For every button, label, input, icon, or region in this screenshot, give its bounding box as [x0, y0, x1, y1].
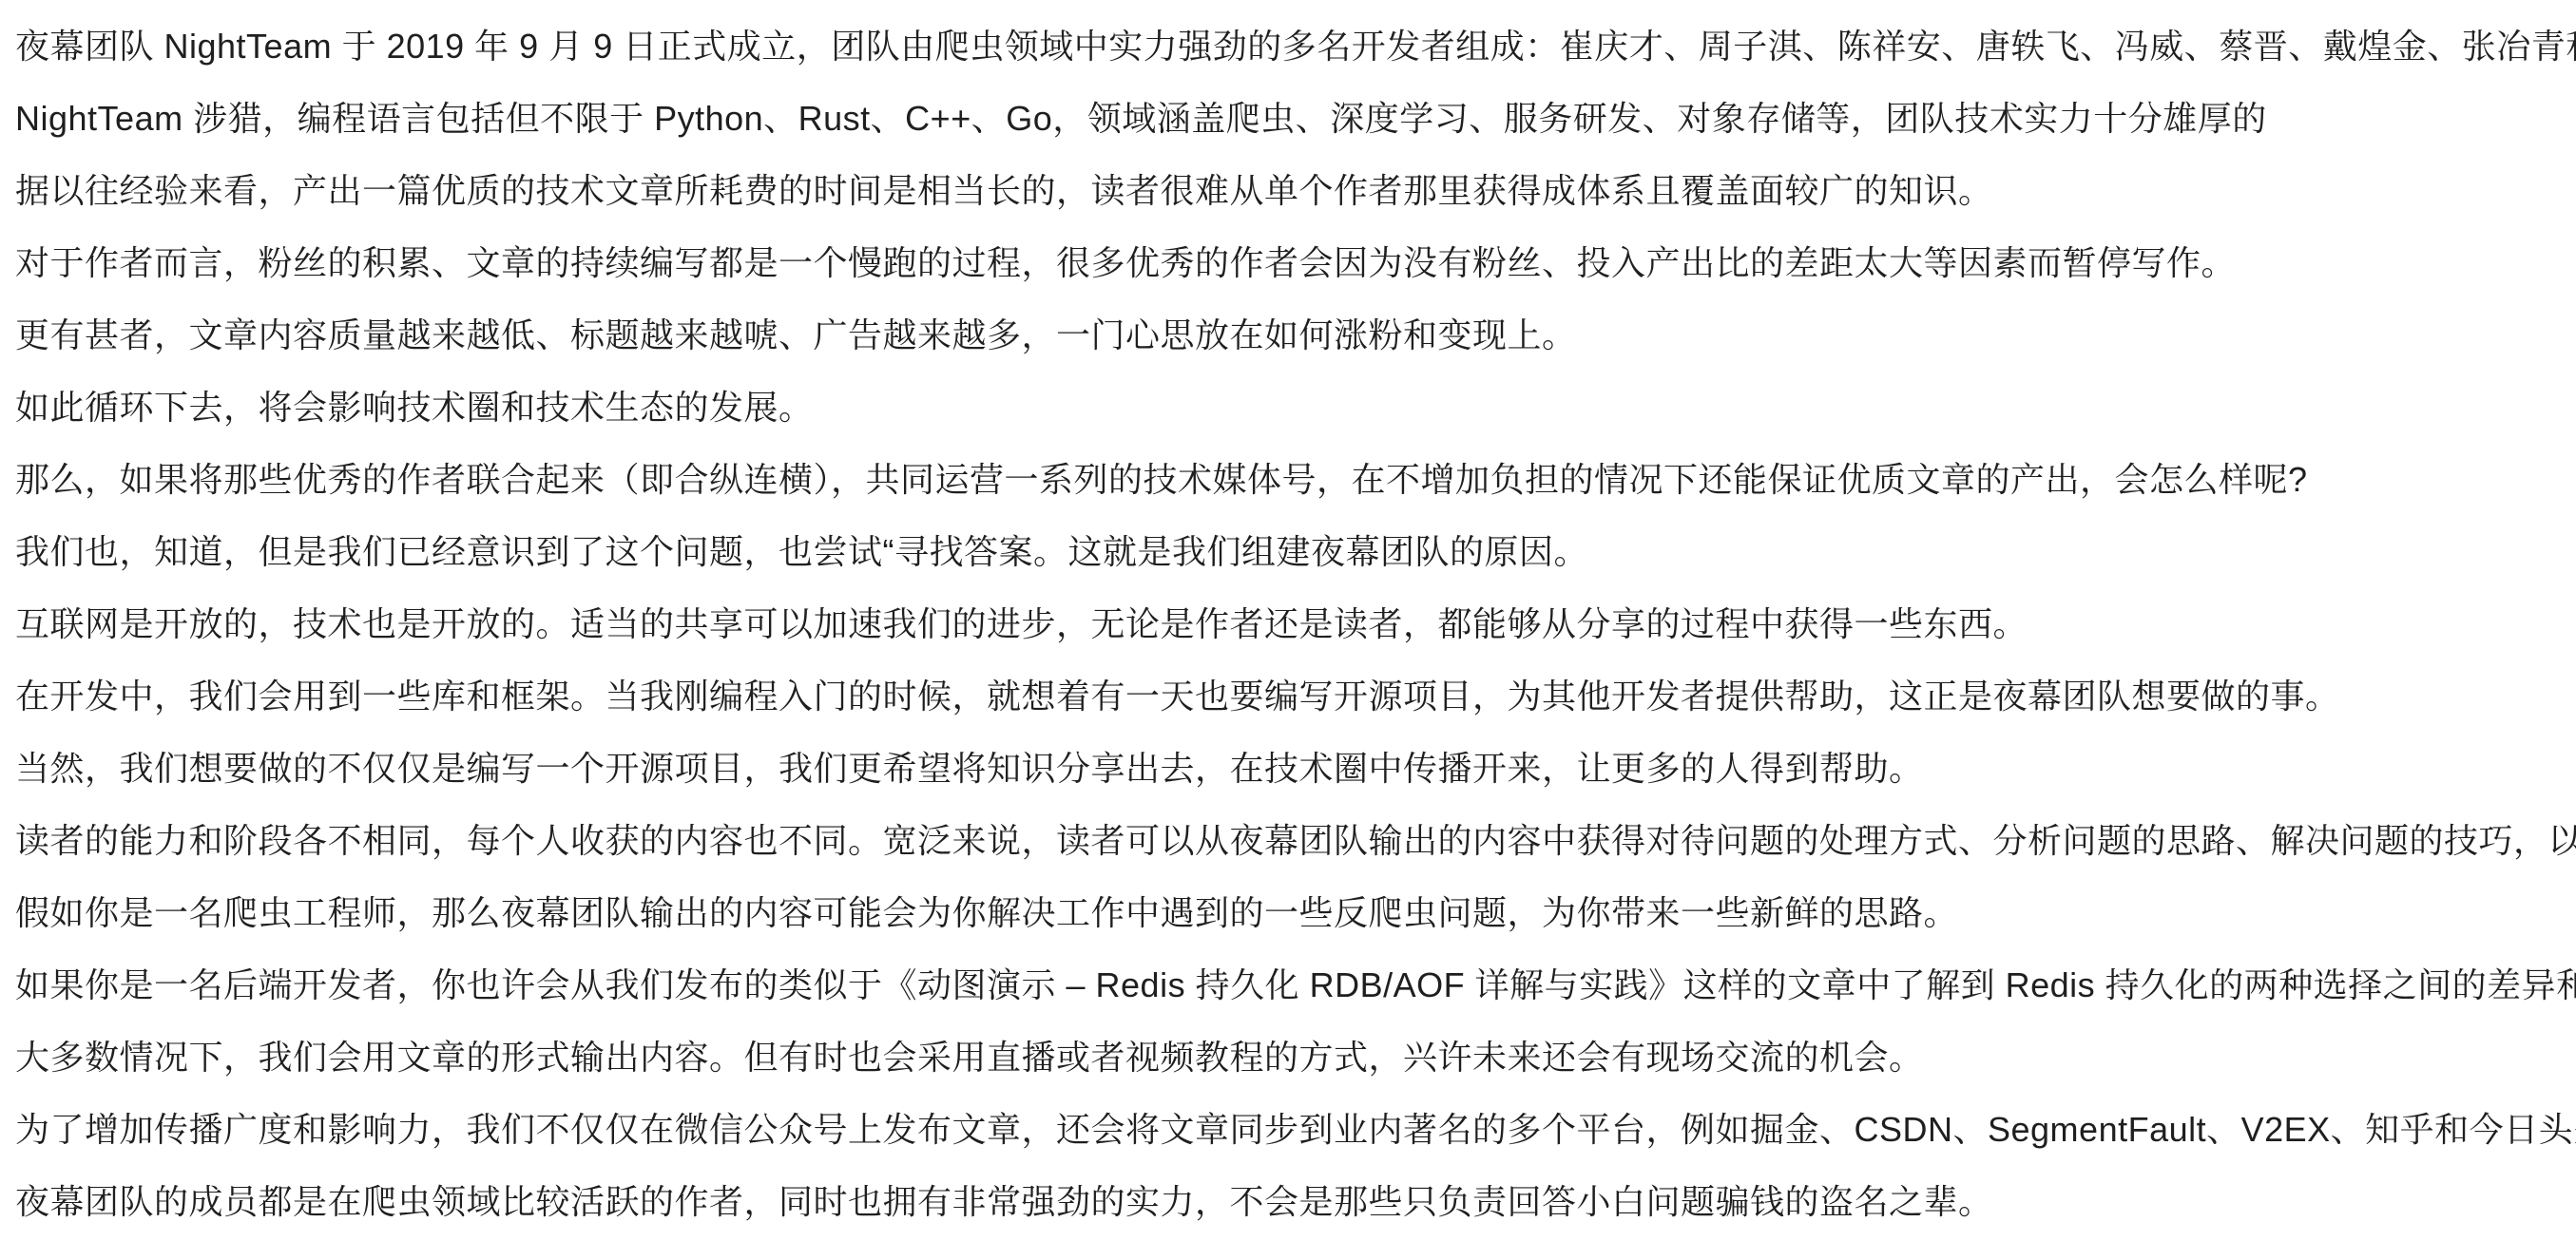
paragraph-experience: 据以往经验来看，产出一篇优质的技术文章所耗费的时间是相当长的，读者很难从单个作者…: [15, 169, 2576, 213]
paragraph-output-forms: 大多数情况下，我们会用文章的形式输出内容。但有时也会采用直播或者视频教程的方式，…: [15, 1036, 2576, 1079]
paragraph-open-source-wish: 在开发中，我们会用到一些库和框架。当我刚编程入门的时候，就想着有一天也要编写开源…: [15, 675, 2576, 718]
paragraph-member-strength: 夜幕团队的成员都是在爬虫领域比较活跃的作者，同时也拥有非常强劲的实力，不会是那些…: [15, 1180, 2576, 1224]
paragraph-backend-developer: 如果你是一名后端开发者，你也许会从我们发布的类似于《动图演示 – Redis 持…: [15, 964, 2576, 1007]
paragraph-crawler-engineer: 假如你是一名爬虫工程师，那么夜幕团队输出的内容可能会为你解决工作中遇到的一些反爬…: [15, 891, 2576, 935]
paragraph-platforms: 为了增加传播广度和影响力，我们不仅仅在微信公众号上发布文章，还会将文章同步到业内…: [15, 1108, 2576, 1152]
paragraph-cycle-impact: 如此循环下去，将会影响技术圈和技术生态的发展。: [15, 386, 2576, 430]
paragraph-intro-founding: 夜幕团队 NightTeam 于 2019 年 9 月 9 日正式成立，团队由爬…: [15, 25, 2576, 68]
paragraph-open-internet: 互联网是开放的，技术也是开放的。适当的共享可以加速我们的进步，无论是作者还是读者…: [15, 602, 2576, 646]
paragraph-content-quality: 更有甚者，文章内容质量越来越低、标题越来越唬、广告越来越多，一门心思放在如何涨粉…: [15, 314, 2576, 357]
paragraph-knowledge-sharing: 当然，我们想要做的不仅仅是编写一个开源项目，我们更希望将知识分享出去，在技术圈中…: [15, 747, 2576, 791]
paragraph-union-idea: 那么，如果将那些优秀的作者联合起来（即合纵连横），共同运营一系列的技术媒体号，在…: [15, 458, 2576, 502]
document-body: 夜幕团队 NightTeam 于 2019 年 9 月 9 日正式成立，团队由爬…: [0, 0, 2576, 1224]
paragraph-author-challenges: 对于作者而言，粉丝的积累、文章的持续编写都是一个慢跑的过程，很多优秀的作者会因为…: [15, 241, 2576, 285]
paragraph-team-skills: NightTeam 涉猎，编程语言包括但不限于 Python、Rust、C++、…: [15, 97, 2576, 141]
paragraph-reader-gains: 读者的能力和阶段各不相同，每个人收获的内容也不同。宽泛来说，读者可以从夜幕团队输…: [15, 819, 2576, 863]
paragraph-seek-answer: 我们也，知道，但是我们已经意识到了这个问题，也尝试“寻找答案。这就是我们组建夜幕…: [15, 530, 2576, 574]
